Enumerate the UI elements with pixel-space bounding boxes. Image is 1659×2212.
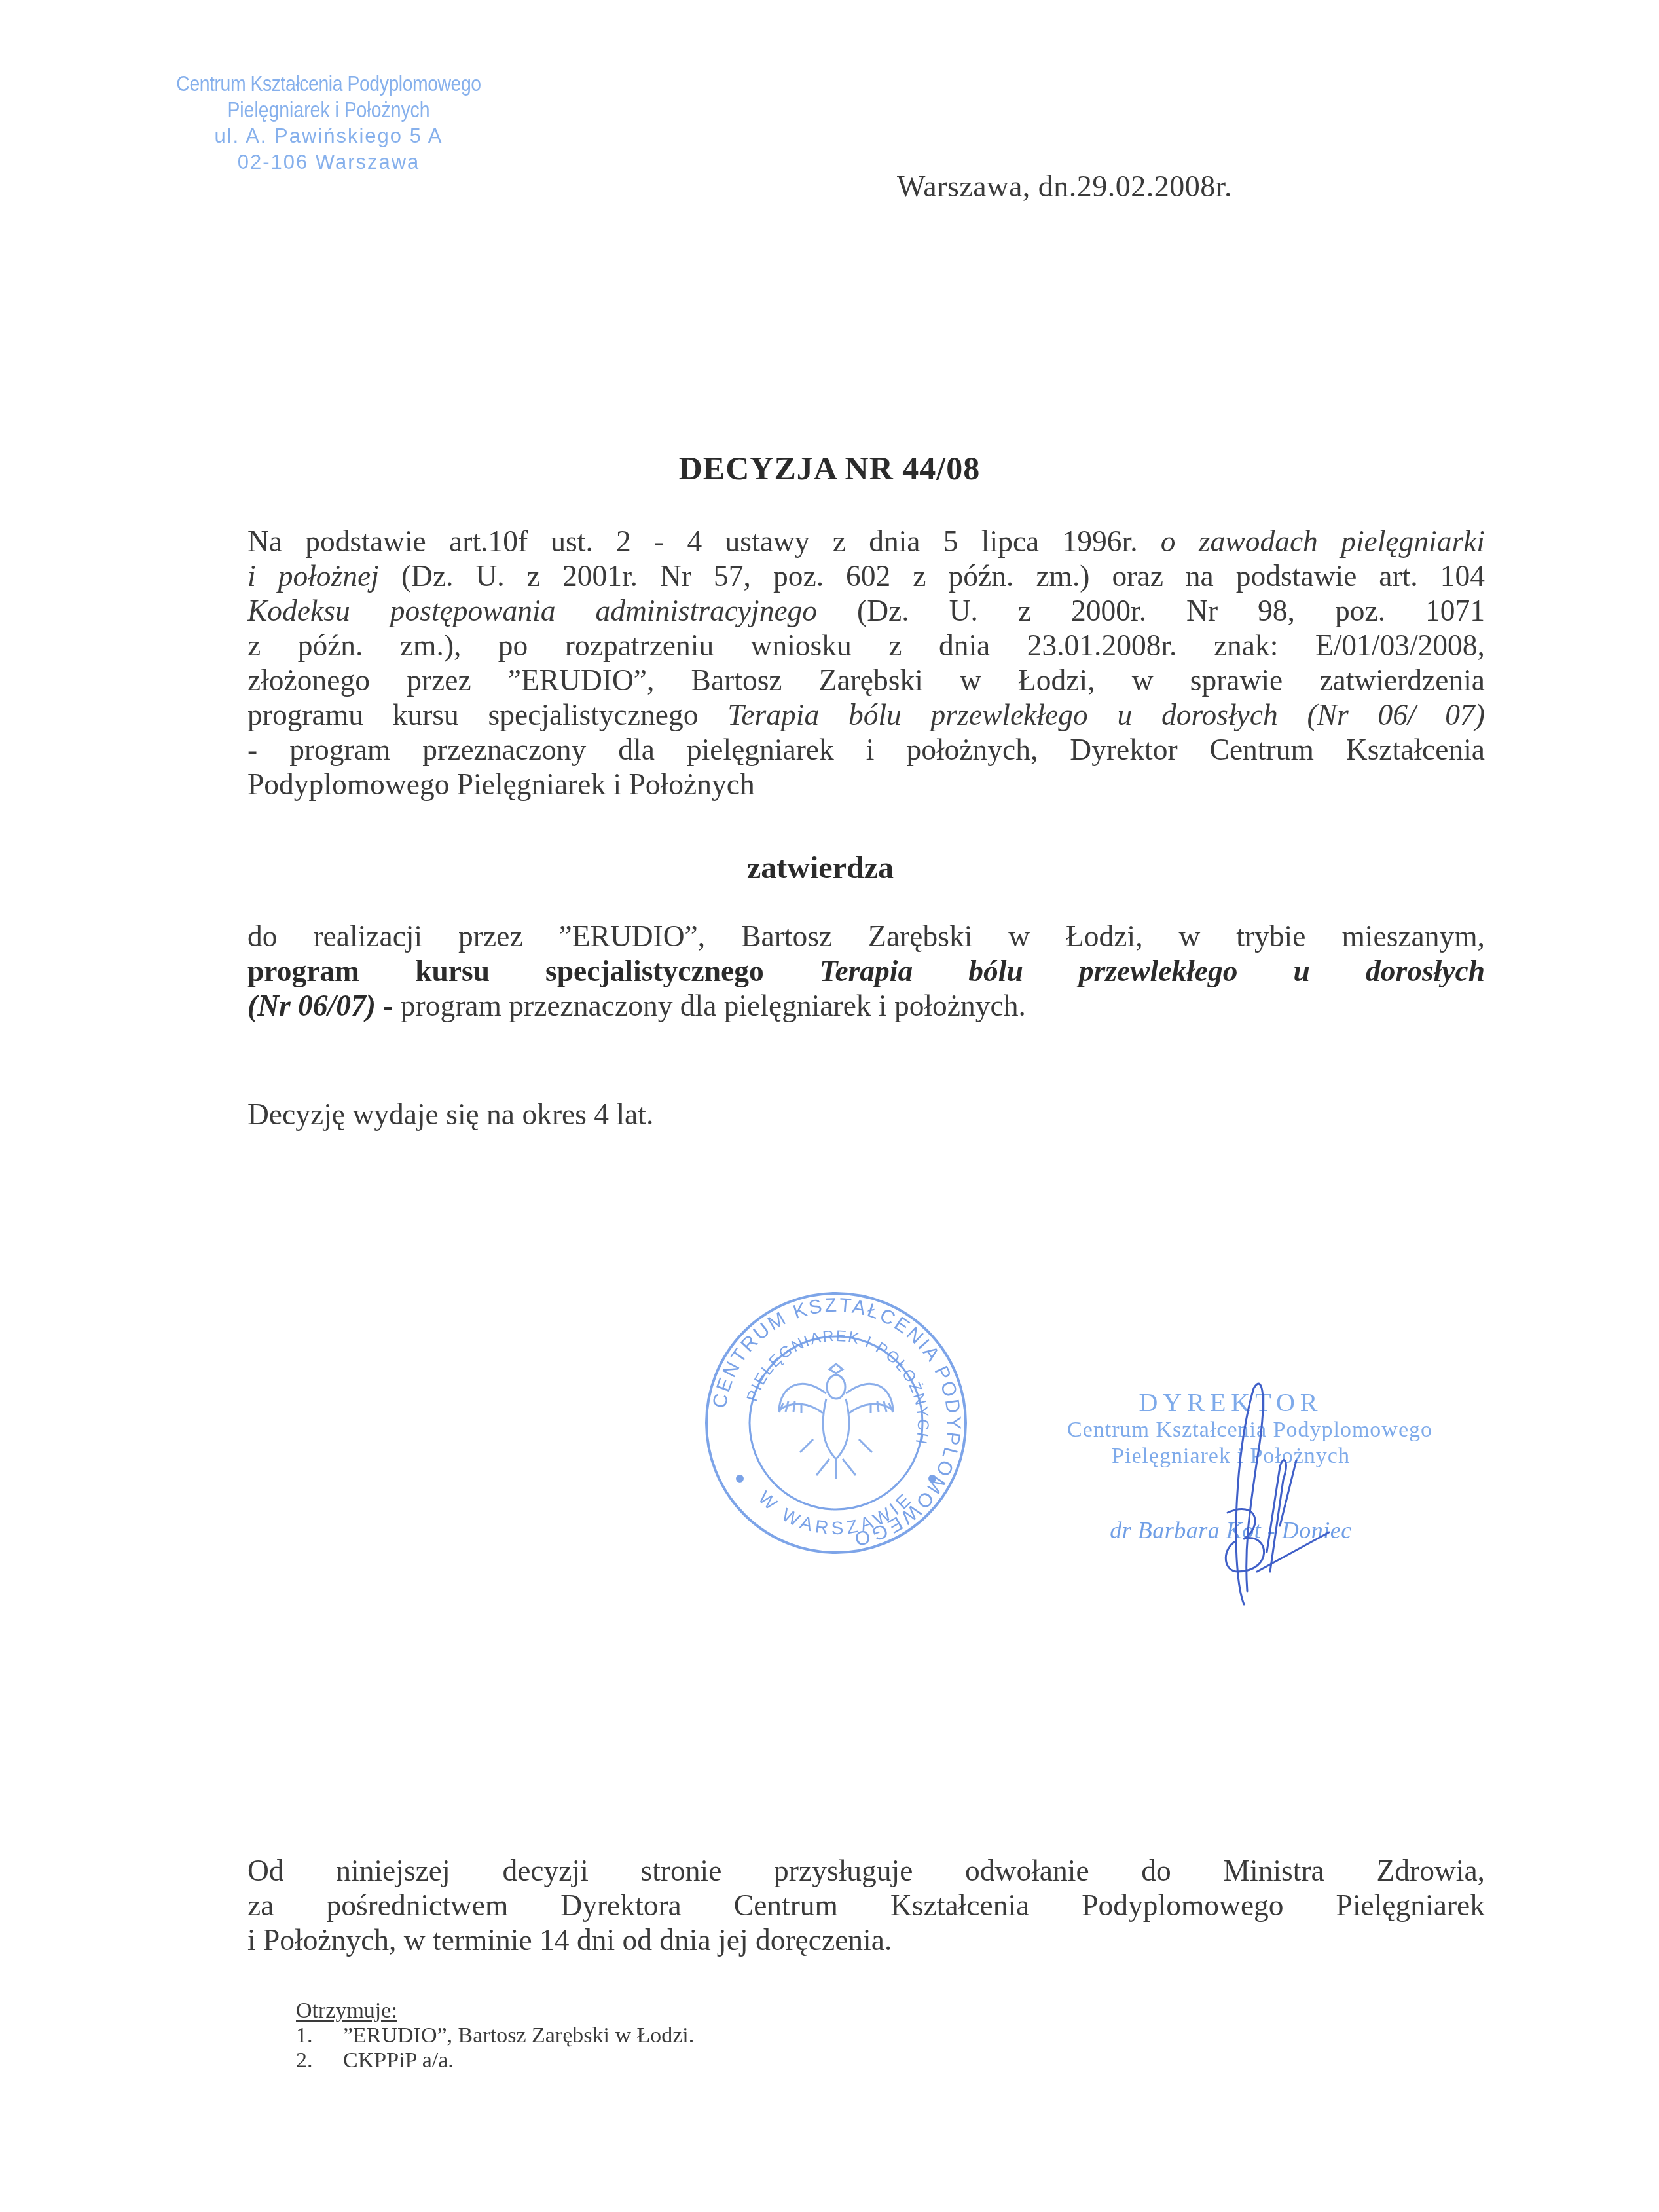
recipient-text: ”ERUDIO”, Bartosz Zarębski w Łodzi.	[343, 2023, 694, 2048]
director-org-line-1: Centrum Kształcenia Podyplomowego	[1067, 1417, 1395, 1443]
director-org-line-2: Pielęgniarek i Położnych	[1067, 1443, 1395, 1469]
director-name: dr Barbara Kot - Doniec	[1067, 1517, 1395, 1544]
place-and-date: Warszawa, dn.29.02.2008r.	[897, 169, 1232, 204]
legal-basis-line: Kodeksu postępowania administracyjnego (…	[247, 593, 1485, 628]
legal-basis-text-run: z późn. zm.), po rozpatrzeniu wniosku z …	[247, 629, 1485, 662]
appeal-text-run: i Położnych, w terminie 14 dni od dnia j…	[247, 1923, 892, 1957]
legal-basis-text-run: - program przeznaczony dla pielęgniarek …	[247, 733, 1485, 766]
appeal-line: Od niniejszej decyzji stronie przysługuj…	[247, 1853, 1485, 1888]
recipient-item: 1.”ERUDIO”, Bartosz Zarębski w Łodzi.	[296, 2023, 694, 2048]
legal-basis-line: Podyplomowego Pielęgniarek i Położnych	[247, 767, 1485, 802]
stamp-line-institution: Centrum Kształcenia Podyplomowego	[171, 71, 486, 97]
seal-inner-text: PIELĘGNIAREK I POŁOŻNYCH	[744, 1327, 932, 1447]
approval-text-run: program przeznaczony dla pielęgniarek i …	[401, 989, 1026, 1022]
appeal-paragraph: Od niniejszej decyzji stronie przysługuj…	[247, 1853, 1485, 1957]
legal-basis-line: z późn. zm.), po rozpatrzeniu wniosku z …	[247, 628, 1485, 663]
document-title-text: DECYZJA NR 44/08	[679, 449, 980, 487]
legal-basis-text-run: złożonego przez ”ERUDIO”, Bartosz Zarębs…	[247, 663, 1485, 697]
approval-line: (Nr 06/07) - program przeznaczony dla pi…	[247, 988, 1485, 1023]
legal-basis-line: - program przeznaczony dla pielęgniarek …	[247, 732, 1485, 767]
recipient-number: 1.	[296, 2023, 343, 2048]
legal-basis-text-run: Na podstawie art.10f ust. 2 - 4 ustawy z…	[247, 525, 1161, 558]
legal-basis-line: programu kursu specjalistycznego Terapia…	[247, 697, 1485, 732]
legal-basis-text-run: programu kursu specjalistycznego	[247, 698, 727, 731]
round-official-seal: CENTRUM KSZTAŁCENIA PODYPLOMOWEGO PIELĘG…	[702, 1289, 970, 1557]
director-title: DYREKTOR	[1067, 1388, 1395, 1417]
recipient-number: 2.	[296, 2048, 343, 2073]
recipients-heading: Otrzymuje:	[296, 1999, 694, 2023]
approval-text-run: (Nr 06/07)	[247, 989, 376, 1022]
document-title: DECYZJA NR 44/08	[0, 449, 1659, 487]
approval-text-run: program kursu specjalistycznego	[247, 954, 820, 987]
legal-basis-text-run: Terapia bólu przewlekłego u dorosłych (N…	[727, 698, 1485, 731]
legal-basis-text-run: (Dz. U. z 2000r. Nr 98, poz. 1071	[817, 594, 1485, 627]
approval-text-run: Terapia bólu przewlekłego u dorosłych	[820, 954, 1485, 987]
appeal-line: i Położnych, w terminie 14 dni od dnia j…	[247, 1923, 1485, 1957]
eagle-emblem-icon	[779, 1364, 893, 1479]
legal-basis-line: Na podstawie art.10f ust. 2 - 4 ustawy z…	[247, 524, 1485, 559]
legal-basis-line: złożonego przez ”ERUDIO”, Bartosz Zarębs…	[247, 663, 1485, 697]
director-stamp: DYREKTOR Centrum Kształcenia Podyplomowe…	[1067, 1388, 1395, 1544]
approval-paragraph: do realizacji przez ”ERUDIO”, Bartosz Za…	[247, 919, 1485, 1023]
validity-sentence: Decyzję wydaje się na okres 4 lat.	[247, 1097, 1485, 1132]
approval-line: program kursu specjalistycznego Terapia …	[247, 953, 1485, 988]
decision-verb-text: zatwierdza	[747, 850, 894, 886]
appeal-text-run: za pośrednictwem Dyrektora Centrum Kszta…	[247, 1889, 1485, 1922]
legal-basis-text-run: Podyplomowego Pielęgniarek i Położnych	[247, 767, 755, 801]
approval-text-run: -	[376, 989, 401, 1022]
decision-verb: zatwierdza	[0, 850, 1659, 886]
legal-basis-text-run: i położnej	[247, 559, 379, 593]
legal-basis-text-run: (Dz. U. z 2001r. Nr 57, poz. 602 z późn.…	[379, 559, 1485, 593]
recipients-list: Otrzymuje: 1.”ERUDIO”, Bartosz Zarębski …	[296, 1999, 694, 2073]
approval-text-run: do realizacji przez ”ERUDIO”, Bartosz Za…	[247, 919, 1485, 953]
stamp-line-institution-2: Pielęgniarek i Położnych	[171, 97, 486, 123]
legal-basis-paragraph: Na podstawie art.10f ust. 2 - 4 ustawy z…	[247, 524, 1485, 802]
appeal-text-run: Od niniejszej decyzji stronie przysługuj…	[247, 1854, 1485, 1887]
stamp-line-city: 02-106 Warszawa	[145, 149, 512, 175]
recipient-text: CKPPiP a/a.	[343, 2048, 454, 2073]
approval-line: do realizacji przez ”ERUDIO”, Bartosz Za…	[247, 919, 1485, 953]
validity-paragraph: Decyzję wydaje się na okres 4 lat.	[247, 1097, 1485, 1132]
letterhead-address-stamp: Centrum Kształcenia Podyplomowego Pielęg…	[145, 71, 512, 175]
legal-basis-line: i położnej (Dz. U. z 2001r. Nr 57, poz. …	[247, 559, 1485, 593]
appeal-line: za pośrednictwem Dyrektora Centrum Kszta…	[247, 1888, 1485, 1923]
legal-basis-text-run: o zawodach pielęgniarki	[1161, 525, 1485, 558]
recipient-item: 2.CKPPiP a/a.	[296, 2048, 694, 2073]
document-page: Centrum Kształcenia Podyplomowego Pielęg…	[0, 0, 1659, 2212]
legal-basis-text-run: Kodeksu postępowania administracyjnego	[247, 594, 817, 627]
stamp-line-street: ul. A. Pawińskiego 5 A	[145, 123, 512, 149]
